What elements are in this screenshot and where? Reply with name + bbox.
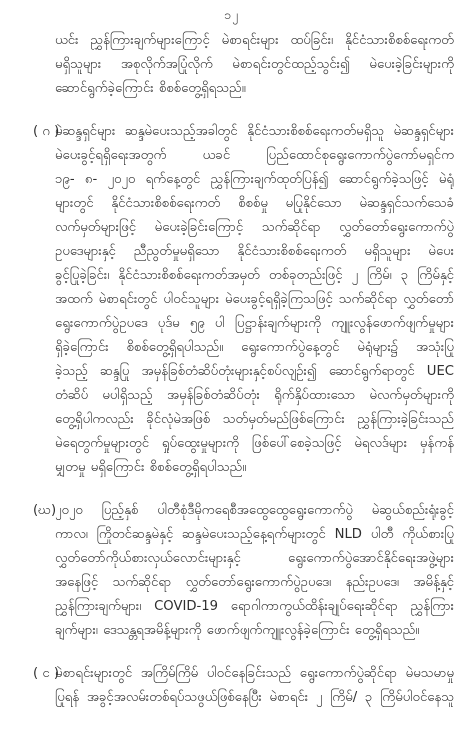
text-line: အနေဖြင့် သက်ဆိုင်ရာ လွှတ်တော်ရွေးကောက်ပွ… [55, 571, 454, 595]
text-line: ယင်း ညွှန်ကြားချက်များကြောင့် မဲစာရင်းမျ… [55, 29, 454, 53]
section-label-nga: ( င ) [33, 662, 59, 686]
text-line: တွေ့ရှိပါကလည်း ခိုင်လုံမဲအဖြစ် သတ်မှတ်မည… [55, 408, 454, 432]
paragraph-intro: ယင်း ညွှန်ကြားချက်များကြောင့် မဲစာရင်းမျ… [55, 29, 454, 101]
section-label-gha: (ဃ) [33, 499, 56, 523]
text-line: ရွေးကောက်ပွဲဥပဒေ ပုဒ်မ ၅၉ ပါ ပြဋ္ဌာန်းချ… [55, 312, 454, 336]
text-line: မရှိသူများ အစုလိုက်အပြုံလိုက် မဲစာရင်းတွ… [55, 53, 454, 77]
paragraph-ga: ( ဂ ) မဲဆန္ဒရှင်များ ဆန္ဒမဲပေးသည့်အခါတွင… [55, 120, 454, 480]
text-line: ၂၀၂၀ ပြည့်နှစ် ပါတီစုံဒီမိုကရေစီအထွေထွေရ… [55, 499, 454, 523]
text-line: မဲစာရင်းများတွင် အကြိမ်ကြိမ် ပါဝင်နေခြင်… [55, 662, 454, 686]
text-line: လွှတ်တော်ကိုယ်စားလှယ်လောင်းများနှင့် ရွေ… [55, 547, 454, 571]
text-line: အထက် မဲစာရင်းတွင် ပါဝင်သူများ မဲပေးခွင့်… [55, 288, 454, 312]
text-line: ချက်များ၊ ဒေသန္တရအမိန့်များကို ဖောက်ဖျက်… [55, 619, 454, 643]
text-line: များတွင် နိုင်ငံသားစိစစ်ရေးကတ် စိစစ်မှု … [55, 192, 454, 216]
text-line: ခွင့်ပြုခဲ့ခြင်း၊ နိုင်ငံသားစိစစ်ရေးကတ်အ… [55, 264, 454, 288]
page-number: ၁၂ [0, 6, 463, 24]
paragraph-nga: ( င ) မဲစာရင်းများတွင် အကြိမ်ကြိမ် ပါဝင်… [55, 662, 454, 710]
text-line: ၁၉- ၈- ၂၀၂၀ ရက်နေ့တွင် ညွှန်ကြားချက်ထုတ်… [55, 168, 454, 192]
text-line: တံဆိပ် မပါရှိသည့် အမှန်ခြစ်တံဆိပ်တုံး ရိ… [55, 384, 454, 408]
text-line: မျှတမှု မရှိကြောင်း စိစစ်တွေ့ရှိရပါသည်။ [55, 456, 454, 480]
text-line: ကာလ၊ ကြိုတင်ဆန္ဒမဲနှင့် ဆန္ဒမဲပေးသည့်နေ့… [55, 523, 454, 547]
text-line: မဲဆန္ဒရှင်များ ဆန္ဒမဲပေးသည့်အခါတွင် နိုင… [55, 120, 454, 144]
text-line: လက်မှတ်များဖြင့် မဲပေးခဲ့ခြင်းကြောင့် သက… [55, 216, 454, 240]
paragraph-gha: (ဃ) ၂၀၂၀ ပြည့်နှစ် ပါတီစုံဒီမိုကရေစီအထွေ… [55, 499, 454, 643]
text-line: ရှိခဲ့ကြောင်း စိစစ်တွေ့ရှိရပါသည်။ ရွေးကေ… [55, 336, 454, 360]
document-page: ၁၂ ယင်း ညွှန်ကြားချက်များကြောင့် မဲစာရင်… [0, 0, 463, 731]
text-line: ညွှန်ကြားချက်များ၊ COVID-19 ရောဂါကာကွယ်ထ… [55, 595, 454, 619]
page-content: ယင်း ညွှန်ကြားချက်များကြောင့် မဲစာရင်းမျ… [55, 29, 454, 710]
text-line: ခဲ့သည့် ဆန္ဒပြု အမှန်ခြစ်တံဆိပ်တုံးများန… [55, 360, 454, 384]
text-line: ဥပဒေများနှင့် ညီညွတ်မှုမရှိသော နိုင်ငံသာ… [55, 240, 454, 264]
section-label-ga: ( ဂ ) [33, 120, 59, 144]
text-line: မဲပေးခွင့်ရရှိရေးအတွက် ယခင် ပြည်ထောင်စုရ… [55, 144, 454, 168]
text-line: ပြုရန် အခွင့်အလမ်းတစ်ရပ်သဖွယ်ဖြစ်နေပြီး … [55, 686, 454, 710]
text-line: ဆောင်ရွက်ခဲ့ကြောင်း စိစစ်တွေ့ရှိရသည်။ [55, 77, 454, 101]
text-line: မဲရေတွက်မှုများတွင် ရှုပ်ထွေးမှုများကို … [55, 432, 454, 456]
